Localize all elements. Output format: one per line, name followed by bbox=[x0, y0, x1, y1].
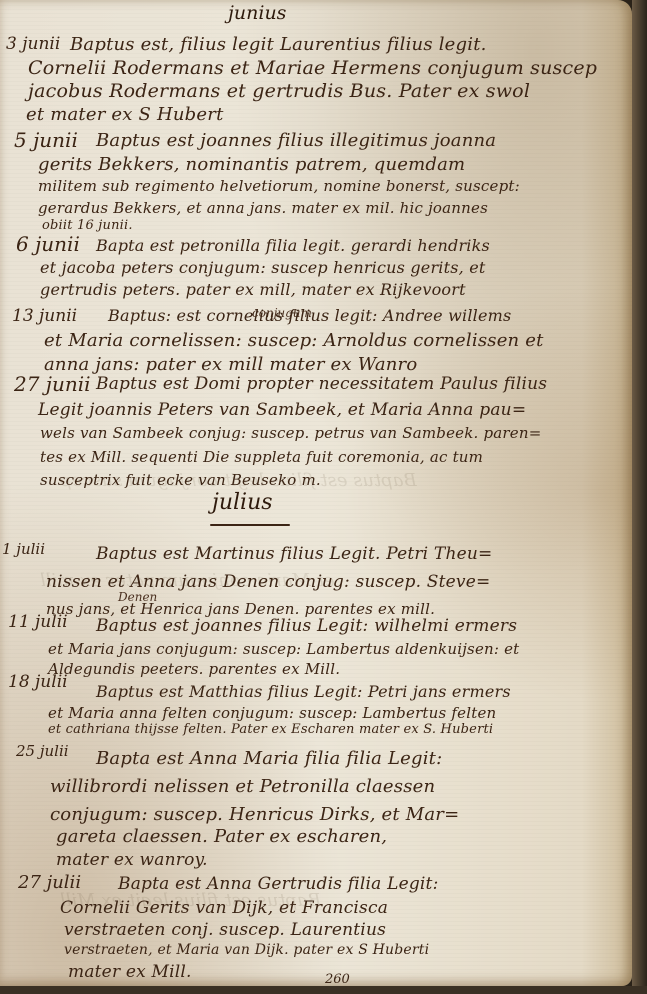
entry-line: Bapta est petronilla filia legit. gerard… bbox=[96, 236, 490, 255]
entry-line: Baptus est joannes filius illegitimus jo… bbox=[96, 130, 496, 151]
entry-line: Bapta est Anna Maria filia filia Legit: bbox=[96, 748, 442, 769]
entry-line: tes ex Mill. sequenti Die suppleta fuit … bbox=[40, 448, 483, 466]
entry-date: 18 julii bbox=[8, 672, 68, 692]
entry-line: nissen et Anna jans Denen conjug: suscep… bbox=[46, 572, 490, 592]
entry-line: verstraeten, et Maria van Dijk. pater ex… bbox=[64, 942, 429, 958]
entry-line: Aldegundis peeters. parentes ex Mill. bbox=[48, 660, 340, 678]
entry-line: Baptus est Matthias filius Legit: Petri … bbox=[96, 682, 511, 701]
entry-line: militem sub regimento helvetiorum, nomin… bbox=[38, 177, 520, 195]
entry-line: anna jans: pater ex mill mater ex Wanro bbox=[44, 354, 417, 375]
entry-line: jacobus Rodermans et gertrudis Bus. Pate… bbox=[28, 80, 530, 102]
entry-line: Baptus est Martinus filius Legit. Petri … bbox=[96, 544, 492, 564]
entry-date: 6 junii bbox=[16, 232, 80, 256]
entry-line: gareta claessen. Pater ex escharen, bbox=[56, 826, 387, 847]
entry-line: mater ex Mill. bbox=[68, 962, 192, 982]
entry-line: Cornelii Gerits van Dijk, et Francisca bbox=[60, 898, 388, 918]
entry-line: gertrudis peters. pater ex mill, mater e… bbox=[40, 280, 466, 299]
entry-line: Legit joannis Peters van Sambeek, et Mar… bbox=[38, 400, 526, 420]
page-number: 260 bbox=[325, 972, 350, 987]
entry-line: Baptus: est cornelius filius legit: Andr… bbox=[108, 306, 511, 325]
entry-line: verstraeten conj. suscep. Laurentius bbox=[64, 920, 386, 940]
entry-line: obiit 16 junii. bbox=[42, 218, 133, 233]
manuscript-page: Baptus est filius legit conjugum suscep … bbox=[0, 0, 632, 986]
entry-line: Baptus est Domi propter necessitatem Pau… bbox=[96, 374, 547, 394]
entry-line: et Maria cornelissen: suscep: Arnoldus c… bbox=[44, 330, 544, 351]
entry-line: wels van Sambeek conjug: suscep. petrus … bbox=[40, 424, 541, 442]
entry-line: susceptrix fuit ecke van Beuseko m. bbox=[40, 471, 321, 489]
book-spine-edge bbox=[632, 0, 647, 994]
entry-line: Bapta est Anna Gertrudis filia Legit: bbox=[118, 874, 439, 894]
heading-underline bbox=[210, 524, 290, 526]
entry-date: 27 julii bbox=[18, 872, 81, 893]
month-heading-julius: julius bbox=[212, 490, 273, 515]
entry-line: mater ex wanroy. bbox=[56, 850, 208, 870]
month-heading-junius: junius bbox=[228, 2, 286, 24]
entry-date: 5 junii bbox=[14, 128, 78, 152]
entry-line: Baptus est joannes filius Legit: wilhelm… bbox=[96, 616, 517, 636]
entry-line: willibrordi nelissen et Petronilla claes… bbox=[50, 776, 435, 797]
entry-date: 13 junii bbox=[12, 306, 77, 326]
entry-date: 11 julii bbox=[8, 612, 68, 632]
entry-date: 3 junii bbox=[6, 34, 60, 54]
entry-line: et Maria anna felten conjugum: suscep: L… bbox=[48, 704, 496, 722]
page-bottom-edge bbox=[0, 986, 647, 994]
entry-date: 27 junii bbox=[14, 372, 91, 396]
entry-date: 25 julii bbox=[16, 742, 69, 760]
entry-line: gerardus Bekkers, et anna jans. mater ex… bbox=[38, 199, 488, 217]
entry-date: 1 julii bbox=[2, 540, 45, 558]
entry-line: et mater ex S Hubert bbox=[26, 104, 224, 125]
entry-line: Baptus est, filius legit Laurentius fili… bbox=[70, 34, 487, 55]
entry-line: et jacoba peters conjugum: suscep henric… bbox=[40, 258, 486, 277]
entry-line: conjugum: suscep. Henricus Dirks, et Mar… bbox=[50, 804, 459, 825]
entry-line: Cornelii Rodermans et Mariae Hermens con… bbox=[28, 57, 597, 79]
entry-line: gerits Bekkers, nominantis patrem, quemd… bbox=[38, 154, 465, 175]
entry-line: et Maria jans conjugum: suscep: Lambertu… bbox=[48, 640, 519, 658]
entry-text: Baptus est, filius legit Laurentius fili… bbox=[70, 34, 487, 55]
entry-line: et cathriana thijsse felten. Pater ex Es… bbox=[48, 722, 493, 737]
